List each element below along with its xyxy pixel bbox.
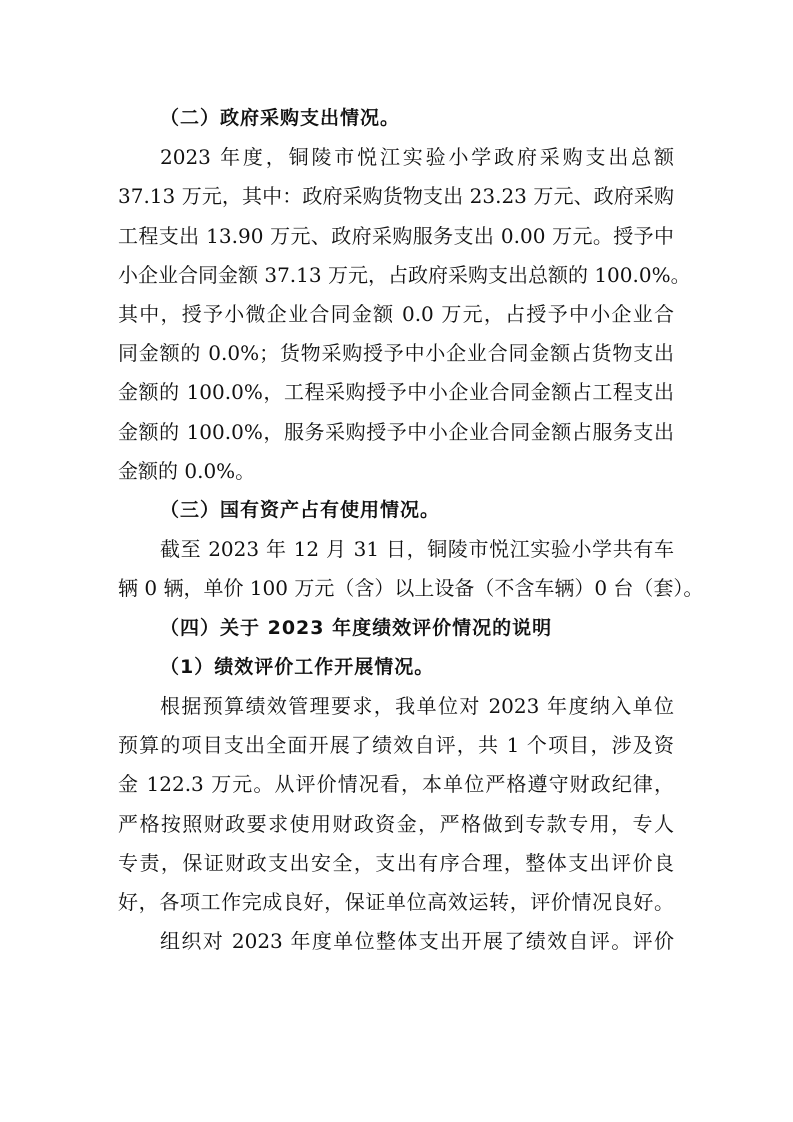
paragraph-procurement: 2023 年度，铜陵市悦江实验小学政府采购支出总额 37.13 万元，其中：政府… — [118, 138, 674, 491]
text-line: 金额的 100.0%，工程采购授予中小企业合同金额占工程支出 — [118, 373, 674, 412]
text-line: 工程支出 13.90 万元、政府采购服务支出 0.00 万元。授予中 — [118, 217, 674, 256]
paragraph-performance: 根据预算绩效管理要求，我单位对 2023 年度纳入单位 预算的项目支出全面开展了… — [118, 687, 674, 961]
text-line: 好，各项工作完成良好，保证单位高效运转，评价情况良好。 — [118, 883, 674, 922]
text-line: 37.13 万元，其中：政府采购货物支出 23.23 万元、政府采购 — [118, 177, 674, 216]
text-line: 2023 年度，铜陵市悦江实验小学政府采购支出总额 — [118, 138, 674, 177]
text-line: 严格按照财政要求使用财政资金，严格做到专款专用，专人 — [118, 805, 674, 844]
text-line: 根据预算绩效管理要求，我单位对 2023 年度纳入单位 — [118, 687, 674, 726]
text-line: 其中，授予小微企业合同金额 0.0 万元，占授予中小企业合 — [118, 295, 674, 334]
document-page: （二）政府采购支出情况。 2023 年度，铜陵市悦江实验小学政府采购支出总额 3… — [118, 99, 674, 961]
text-line: 预算的项目支出全面开展了绩效自评，共 1 个项目，涉及资 — [118, 726, 674, 765]
text-line: 辆 0 辆，单价 100 万元（含）以上设备（不含车辆）0 台（套）。 — [118, 569, 674, 608]
text-line: 专责，保证财政支出安全，支出有序合理，整体支出评价良 — [118, 844, 674, 883]
section-heading-assets: （三）国有资产占有使用情况。 — [118, 491, 674, 530]
text-line: 同金额的 0.0%；货物采购授予中小企业合同金额占货物支出 — [118, 334, 674, 373]
section-heading-performance: （四）关于 2023 年度绩效评价情况的说明 — [118, 609, 674, 648]
subheading-performance-work: （1）绩效评价工作开展情况。 — [118, 648, 674, 687]
paragraph-assets: 截至 2023 年 12 月 31 日，铜陵市悦江实验小学共有车 辆 0 辆，单… — [118, 530, 674, 608]
section-heading-procurement: （二）政府采购支出情况。 — [118, 99, 674, 138]
text-line: 金额的 100.0%，服务采购授予中小企业合同金额占服务支出 — [118, 413, 674, 452]
text-line: 金 122.3 万元。从评价情况看，本单位严格遵守财政纪律， — [118, 765, 674, 804]
text-line: 截至 2023 年 12 月 31 日，铜陵市悦江实验小学共有车 — [118, 530, 674, 569]
text-line: 组织对 2023 年度单位整体支出开展了绩效自评。评价 — [118, 922, 674, 961]
text-line: 金额的 0.0%。 — [118, 452, 674, 491]
text-line: 小企业合同金额 37.13 万元，占政府采购支出总额的 100.0%。 — [118, 256, 674, 295]
